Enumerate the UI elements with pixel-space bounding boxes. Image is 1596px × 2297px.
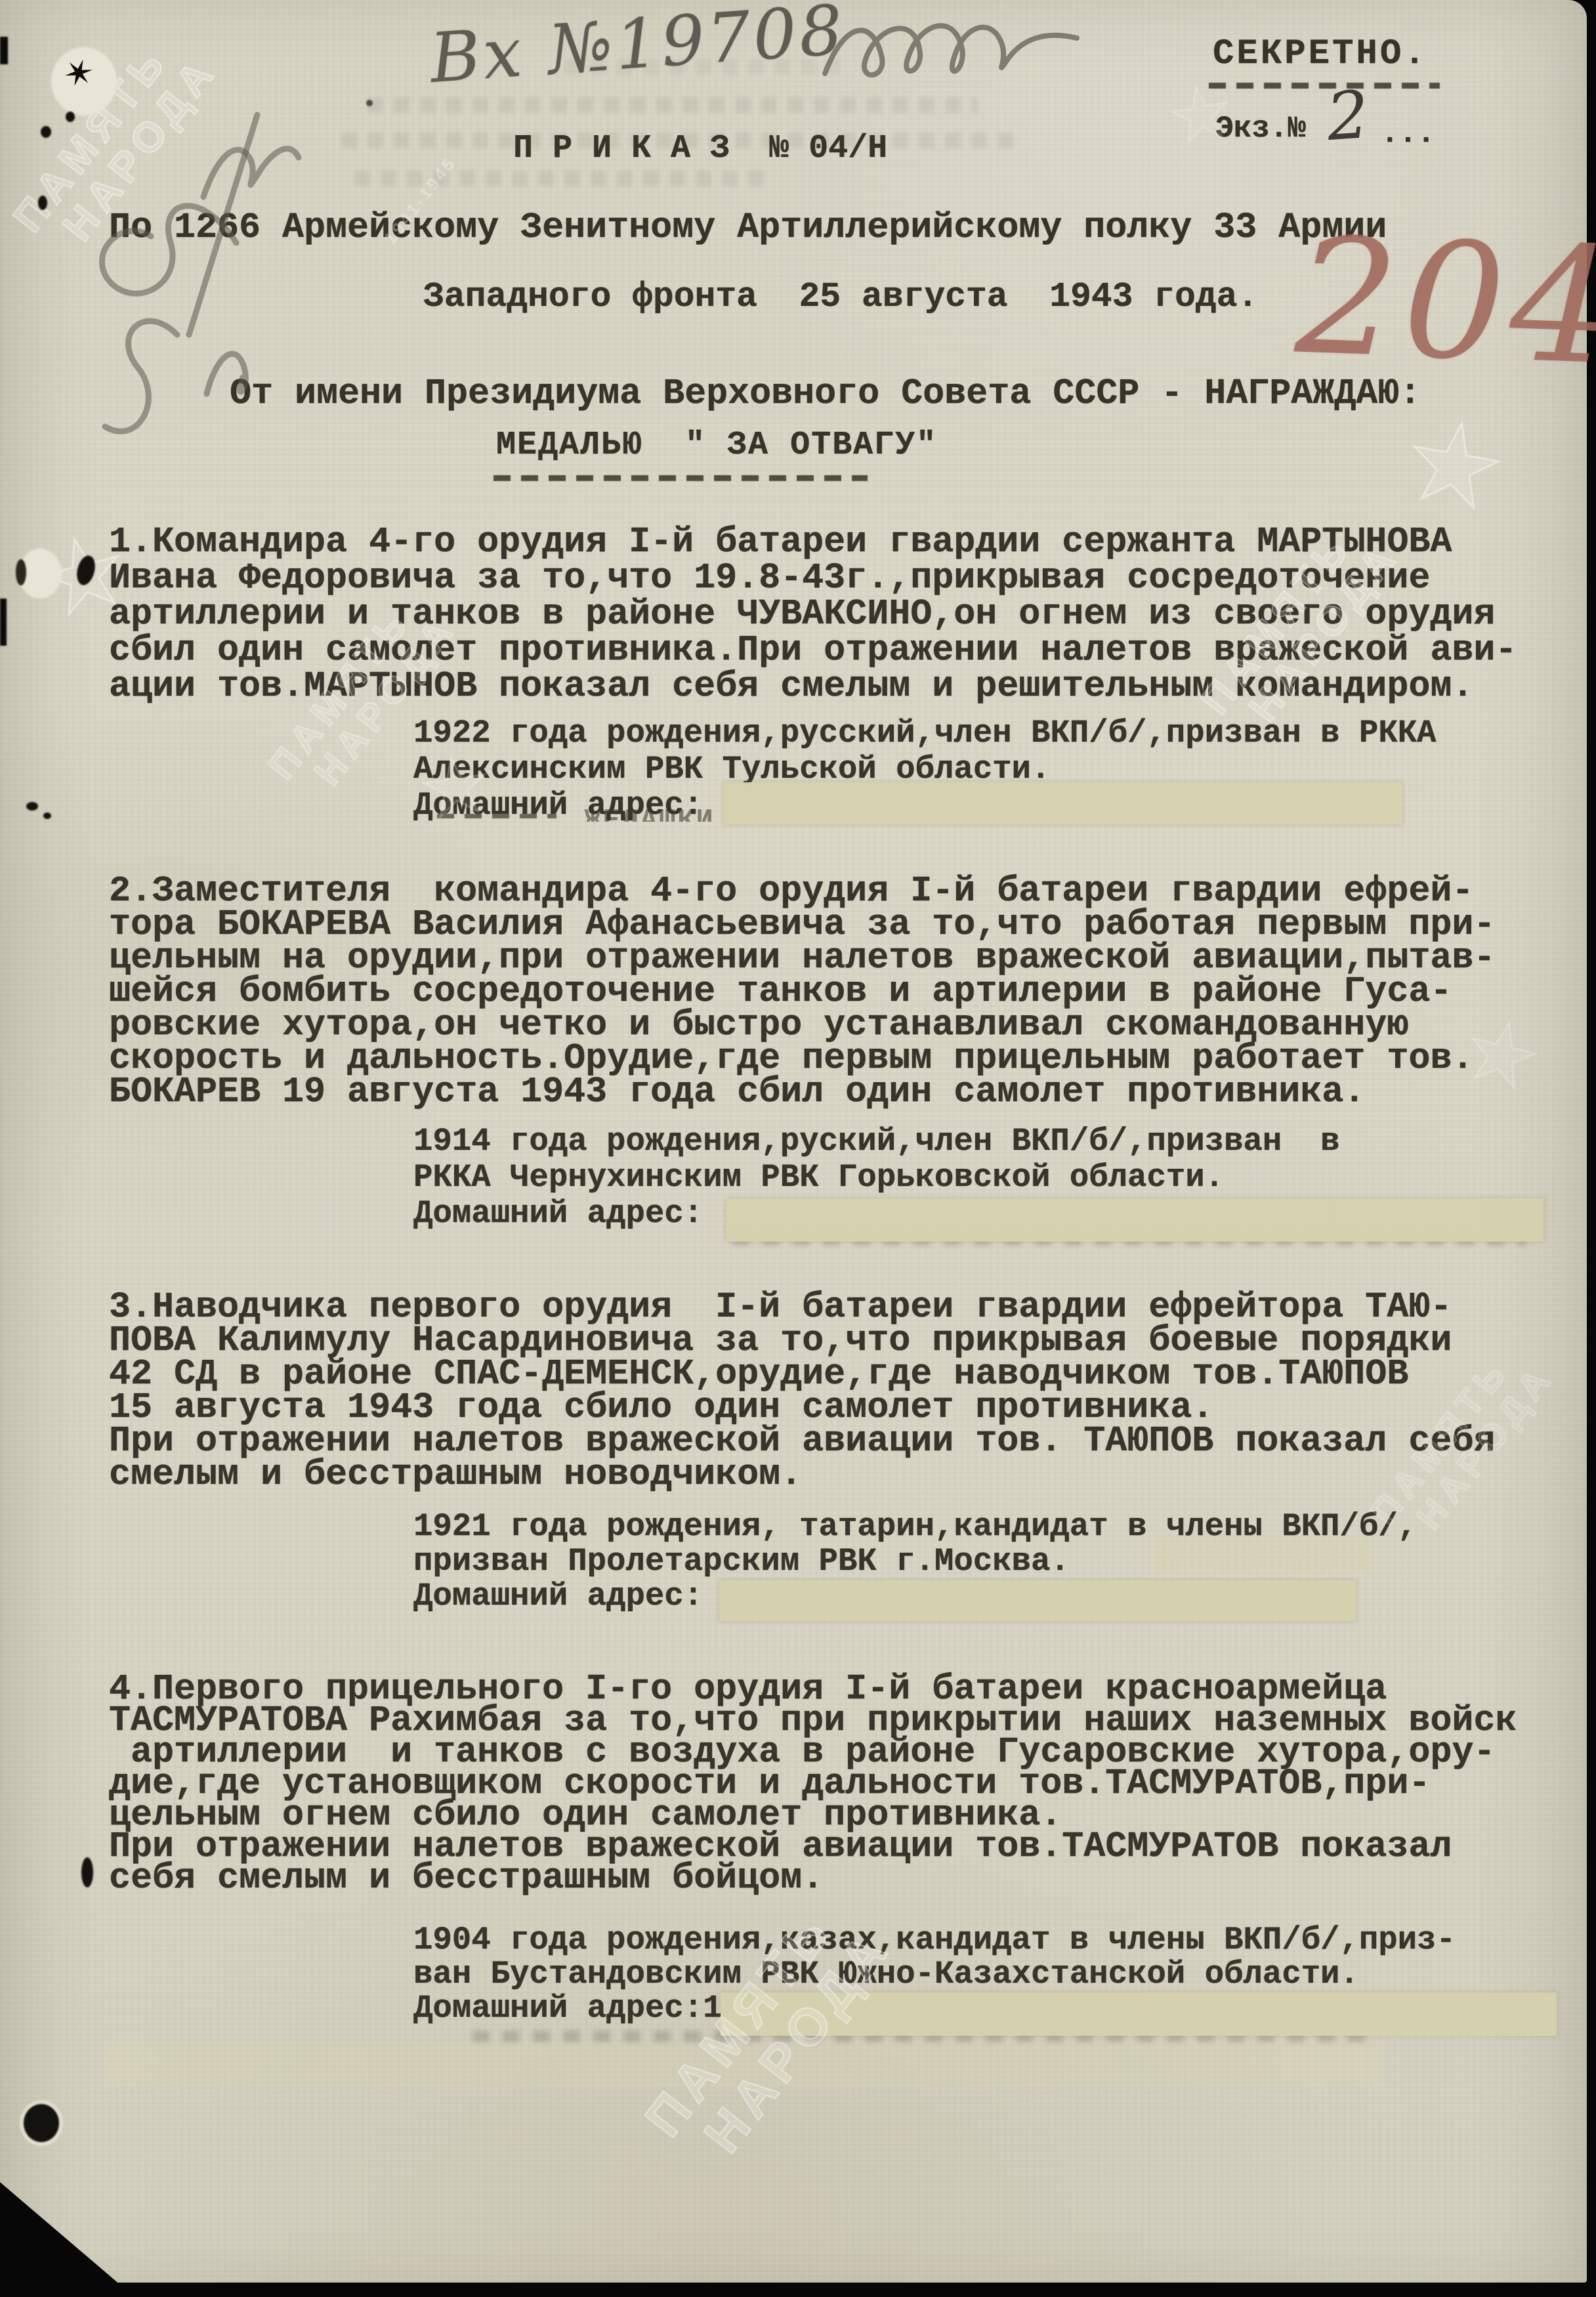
redaction-strip bbox=[726, 1198, 1543, 1242]
page-number-handwritten: 204 bbox=[1293, 203, 1596, 401]
copy-number-value: 2 bbox=[1324, 76, 1372, 156]
entry-2-paragraph: 2.Заместителя командира 4-го орудия I-й … bbox=[109, 874, 1495, 1108]
redacted-residual-text: ЖЕЛАШКИ bbox=[584, 805, 715, 822]
paper-speck bbox=[38, 196, 47, 210]
typed-line: ации тов.МАРТЫНОВ показал себя смелым и … bbox=[109, 668, 1517, 704]
paper-speck bbox=[66, 112, 75, 122]
typed-line: артиллерии и танков в районе ЧУВАКСИНО,о… bbox=[109, 596, 1517, 632]
bleed-through-line bbox=[354, 171, 774, 186]
typed-line: При отражении налетов вражеской авиации … bbox=[109, 1424, 1495, 1458]
copy-number-dots: ... bbox=[1381, 117, 1435, 151]
pencil-dot bbox=[366, 100, 373, 106]
scan-edge-mark bbox=[0, 37, 8, 64]
punch-hole bbox=[24, 2104, 59, 2142]
typed-line: 1922 года рождения,русский,член ВКП/б/,п… bbox=[413, 715, 1436, 751]
redaction-strip bbox=[721, 1992, 1557, 2036]
redaction-strip bbox=[719, 1580, 1356, 1621]
typed-line: 1914 года рождения,руский,член ВКП/б/,пр… bbox=[413, 1124, 1339, 1160]
typed-line: цельным на орудии,при отражении налетов … bbox=[109, 941, 1495, 975]
paper-speck bbox=[43, 812, 51, 819]
award-intro-line: От имени Президиума Верховного Совета СС… bbox=[230, 373, 1421, 414]
typed-line: 2.Заместителя командира 4-го орудия I-й … bbox=[109, 874, 1495, 908]
signature-scrawl-icon bbox=[817, 8, 1093, 100]
scan-edge-mark bbox=[0, 599, 7, 646]
entry-4-paragraph: 4.Первого прицельного I-го орудия I-й ба… bbox=[109, 1674, 1517, 1894]
typed-line: скорость и дальность.Орудие,где первым п… bbox=[109, 1042, 1495, 1075]
order-title: П Р И К А З № 04/Н bbox=[513, 130, 887, 167]
typed-line: 3.Наводчика первого орудия I-й батареи г… bbox=[109, 1290, 1495, 1324]
paper-speck bbox=[26, 802, 38, 811]
redaction-strip bbox=[1155, 1537, 1372, 1572]
front-date-line: Западного фронта 25 августа 1943 года. bbox=[423, 277, 1258, 316]
paper-speck bbox=[41, 126, 51, 138]
typed-line: шейся бомбить сосредоточение танков и ар… bbox=[109, 975, 1495, 1008]
typed-line: ван Бустандовским РВК Южно-Казахстанской… bbox=[413, 1957, 1456, 1991]
entry-3-paragraph: 3.Наводчика первого орудия I-й батареи г… bbox=[109, 1290, 1495, 1491]
dashed-underline bbox=[437, 814, 556, 818]
typed-line: 1904 года рождения,казах,кандидат в член… bbox=[413, 1923, 1456, 1957]
copy-number-label: Экз.№ bbox=[1215, 112, 1306, 146]
typed-line: тора БОКАРЕВА Василия Афанасьевича за то… bbox=[109, 908, 1495, 941]
punch-hole-shadow bbox=[16, 559, 26, 585]
typed-line: РККА Чернухинским РВК Горьковской област… bbox=[413, 1160, 1339, 1196]
dashed-underline bbox=[493, 475, 868, 481]
typed-line: 42 СД в районе СПАС-ДЕМЕНСК,орудие,где н… bbox=[109, 1357, 1495, 1391]
typed-line: 15 августа 1943 года сбило один самолет … bbox=[109, 1391, 1495, 1424]
typed-line: ПОВА Калимулу Насардиновича за то,что пр… bbox=[109, 1324, 1495, 1357]
secret-stamp: СЕКРЕТНО. bbox=[1213, 34, 1428, 74]
typed-line: себя смелым и бесстрашным бойцом. bbox=[109, 1863, 1517, 1894]
typed-line: сбил один самолет противника.При отражен… bbox=[109, 632, 1517, 668]
medal-title-line: МЕДАЛЬЮ " ЗА ОТВАГУ" bbox=[496, 427, 937, 464]
typed-line: БОКАРЕВ 19 августа 1943 года сбил один с… bbox=[109, 1075, 1495, 1108]
typed-line: ровские хутора,он четко и быстро устанав… bbox=[109, 1008, 1495, 1042]
typed-line: смелым и бесстрашным новодчиком. bbox=[109, 1458, 1495, 1491]
redaction-strip bbox=[724, 782, 1402, 824]
redaction-strip bbox=[104, 2042, 1383, 2088]
paper-tear-mark bbox=[81, 1857, 93, 1887]
